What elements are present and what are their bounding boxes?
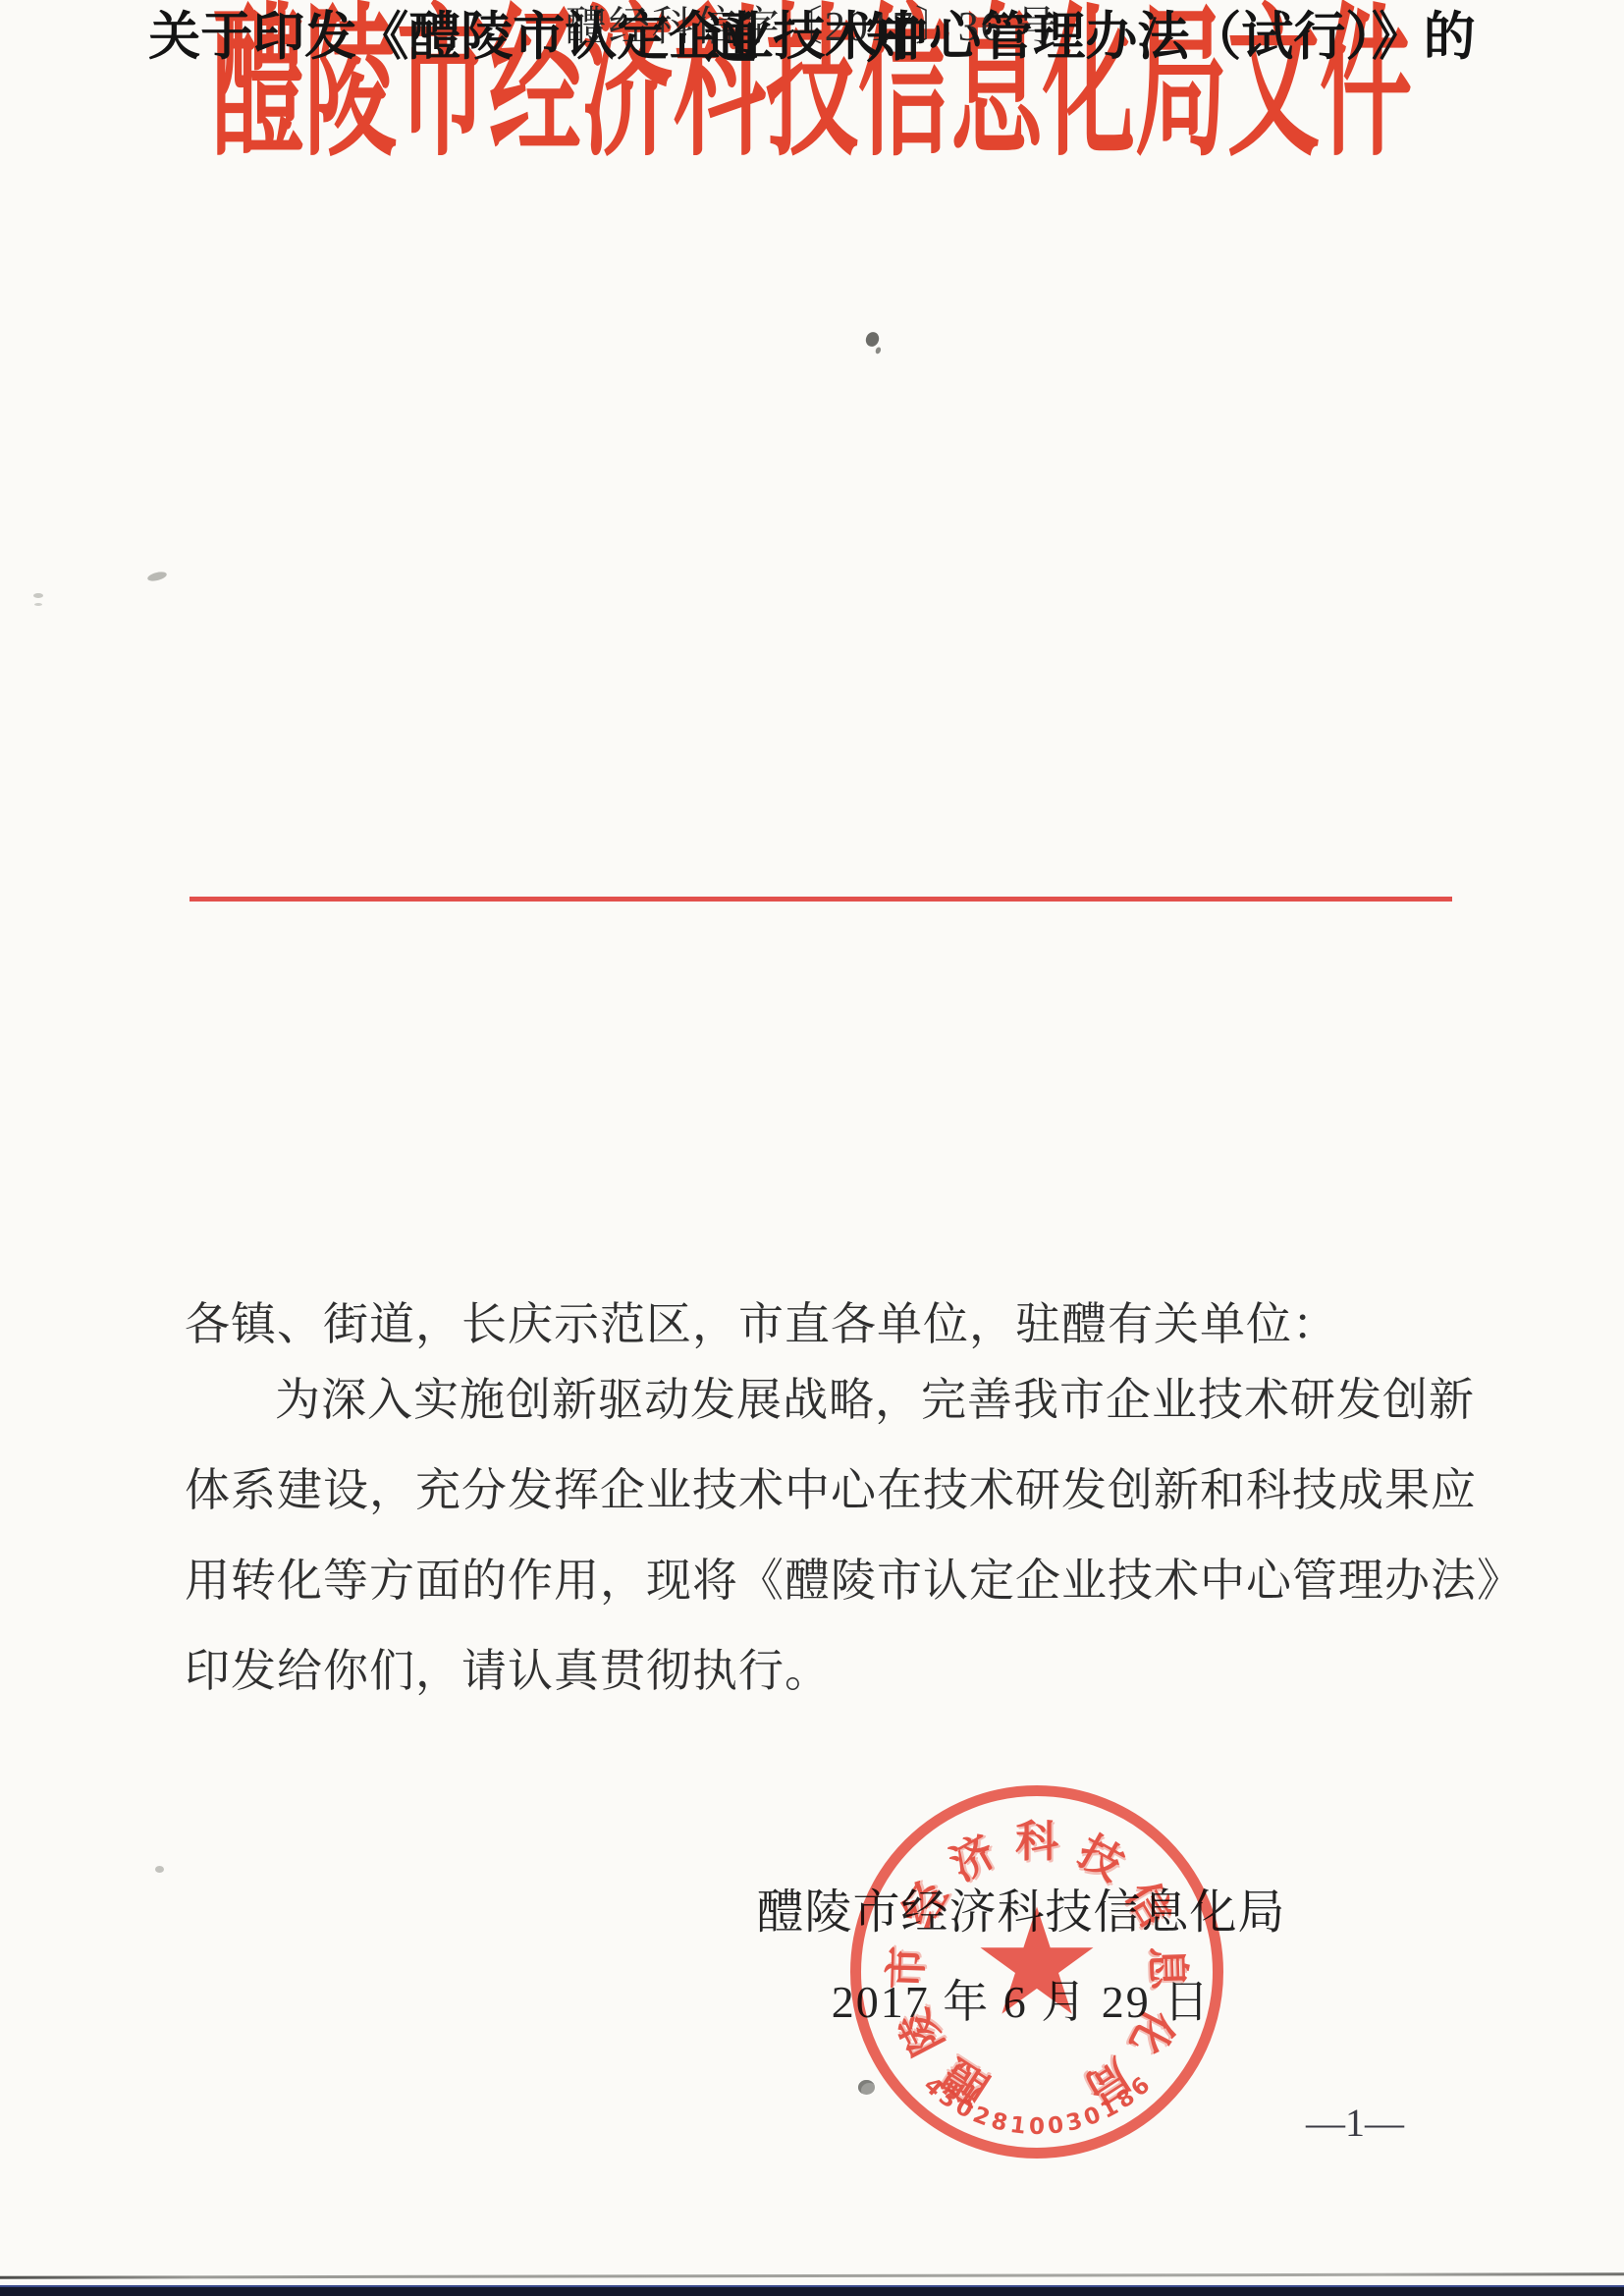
seal-serial-digit: 0 [1045,2113,1067,2139]
seal-arc-char: 技 [1069,1829,1131,1890]
seal-serial-digit: 3 [1062,2108,1087,2136]
scan-speck [33,593,43,598]
page-number: —1— [1306,2100,1404,2146]
seal-serial-digit: 8 [987,2108,1011,2136]
scanned-document-page: 醴陵市经济科技信息化局文件 醴经科信字〔2017〕36 号 关于印发《醴陵市认定… [0,0,1624,2296]
seal-serial-digit: 0 [1027,2115,1047,2139]
seal-arc-char: 醴 [935,2050,998,2112]
seal-arc-char: 济 [943,1829,1004,1890]
scan-speck [155,1866,164,1873]
issuing-authority-signature: 醴陵市经济科技信息化局 [727,1884,1316,1942]
scan-speck [858,2080,875,2095]
seal-serial-digit: 1 [1096,2094,1124,2124]
seal-serial-digit: 1 [1006,2113,1029,2139]
scan-speck [146,571,167,583]
seal-arc-char: 局 [1076,2050,1139,2112]
scan-bottom-bar [0,2287,1624,2296]
scan-speck [864,330,882,349]
seal-serial-digit: 4 [918,2072,948,2103]
seal-serial-digit: 8 [1111,2084,1141,2114]
seal-serial-digit: 3 [933,2084,962,2114]
seal-serial-digit: 0 [949,2094,978,2124]
document-title-line2: 通 知 [0,0,1624,79]
body-line: 体系建设，充分发挥企业技术中心在技术研发创新和科技成果应 [185,1446,1461,1536]
signature-block: 醴陵市经济科技信息化局 2017 年 6 月 29 日 [727,1884,1316,2031]
seal-serial-digit: 0 [1079,2103,1106,2132]
body-line: 印发给你们，请认真贯彻执行。 [185,1626,1461,1717]
body-line: 用转化等方面的作用，现将《醴陵市认定企业技术中心管理办法》 [185,1536,1461,1626]
red-separator-rule [189,897,1452,902]
salutation-line: 各镇、街道，长庆示范区，市直各单位，驻醴有关单位： [185,1294,1461,1355]
body-paragraph: 为深入实施创新驱动发展战略，完善我市企业技术研发创新体系建设，充分发挥企业技术中… [185,1355,1461,1717]
seal-serial-digit: 6 [1125,2072,1156,2103]
seal-arc-char: 科 [1014,1820,1059,1865]
issue-date: 2017 年 6 月 29 日 [727,1974,1316,2031]
body-line: 为深入实施创新驱动发展战略，完善我市企业技术研发创新 [185,1355,1461,1446]
seal-serial-digit: 2 [968,2103,995,2132]
scan-page-edge-line [0,2272,1624,2278]
